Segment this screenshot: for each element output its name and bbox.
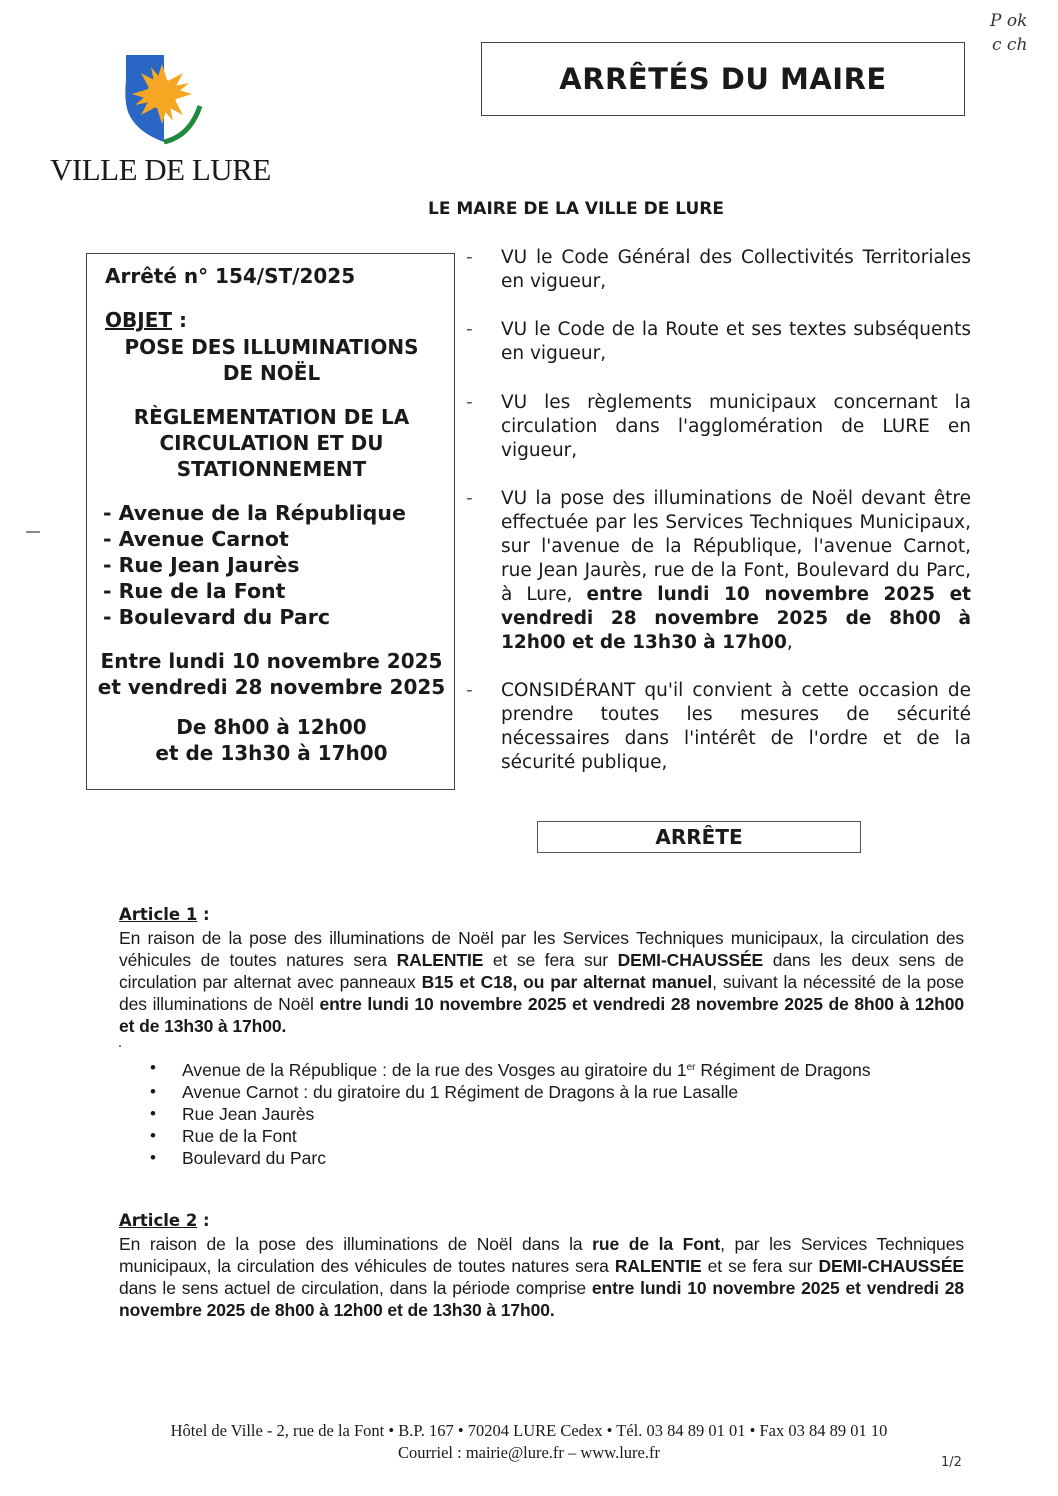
street-list: - Avenue de la République - Avenue Carno… <box>103 500 406 630</box>
consideration-text: VU le Code Général des Collectivités Ter… <box>501 246 971 294</box>
subject-line: POSE DES ILLUMINATIONS <box>87 334 456 360</box>
article-2-title-suffix: : <box>197 1211 209 1230</box>
date-line: Entre lundi 10 novembre 2025 <box>87 648 456 674</box>
location-item: Avenue Carnot : du giratoire du 1 Régime… <box>150 1081 871 1103</box>
consideration-text: VU les règlements municipaux concernant … <box>501 391 971 463</box>
contact-label: Courriel : <box>398 1443 466 1462</box>
text-run: En raison de la pose des illuminations d… <box>119 1234 592 1254</box>
footer-address: Hôtel de Ville - 2, rue de la Font • B.P… <box>0 1421 1058 1441</box>
objet-heading: OBJET : <box>105 308 187 332</box>
city-name: VILLE DE LURE <box>50 152 271 188</box>
street-item: - Avenue Carnot <box>103 526 406 552</box>
dash-marker: - <box>466 391 473 415</box>
consideration-item: - VU les règlements municipaux concernan… <box>466 391 971 463</box>
separator: – <box>564 1443 581 1462</box>
page-title: ARRÊTÉS DU MAIRE <box>559 62 886 96</box>
mayor-line: LE MAIRE DE LA VILLE DE LURE <box>428 199 724 219</box>
hours-range: De 8h00 à 12h00 et de 13h30 à 17h00 <box>87 714 456 766</box>
location-text: Rue de la Font <box>182 1126 297 1146</box>
location-item: Rue Jean Jaurès <box>150 1103 871 1125</box>
location-item: Avenue de la République : de la rue des … <box>150 1057 871 1081</box>
dash-marker: - <box>466 318 473 342</box>
location-text: Avenue de la République : de la rue des … <box>182 1060 687 1080</box>
article-2-title: Article 2 : <box>119 1211 210 1230</box>
article-1-title-text: Article 1 <box>119 905 197 924</box>
article-1-title-suffix: : <box>197 905 209 924</box>
dash-marker: - <box>466 679 473 703</box>
footer-contact: Courriel : mairie@lure.fr – www.lure.fr <box>0 1443 1058 1463</box>
consideration-text: VU la pose des illuminations de Noël dev… <box>501 487 971 655</box>
text-run: et se fera sur <box>702 1256 819 1276</box>
article-1-location-list: Avenue de la République : de la rue des … <box>150 1057 871 1169</box>
article-2-title-text: Article 2 <box>119 1211 197 1230</box>
dash-marker: - <box>466 487 473 511</box>
margin-mark <box>26 531 40 533</box>
consideration-item: - VU la pose des illuminations de Noël d… <box>466 487 971 655</box>
bold-run: B15 et C18, ou par alternat manuel <box>422 972 713 992</box>
bold-run: RALENTIE <box>615 1256 702 1276</box>
location-item: Rue de la Font <box>150 1125 871 1147</box>
consideration-item: - VU le Code Général des Collectivités T… <box>466 246 971 294</box>
street-item: - Rue de la Font <box>103 578 406 604</box>
bold-run: RALENTIE <box>397 950 484 970</box>
bold-run: rue de la Font <box>592 1234 720 1254</box>
date-line: et vendredi 28 novembre 2025 <box>87 674 456 700</box>
regulation-line: STATIONNEMENT <box>87 456 456 482</box>
decree-label: ARRÊTE <box>655 825 742 849</box>
decree-box: ARRÊTE <box>537 821 861 853</box>
consideration-text: VU le Code de la Route et ses textes sub… <box>501 318 971 366</box>
hours-line: et de 13h30 à 17h00 <box>87 740 456 766</box>
shield-sun-icon <box>118 50 208 145</box>
regulation-line: RÈGLEMENTATION DE LA <box>87 404 456 430</box>
article-2-body: En raison de la pose des illuminations d… <box>119 1233 964 1321</box>
ordinal-superscript: er <box>687 1062 696 1073</box>
decree-number: Arrêté n° 154/ST/2025 <box>105 264 355 288</box>
bold-run: DEMI-CHAUSSÉE <box>818 1256 964 1276</box>
street-item: - Rue Jean Jaurès <box>103 552 406 578</box>
header-box: ARRÊTÉS DU MAIRE <box>481 42 965 116</box>
email-link[interactable]: mairie@lure.fr <box>466 1443 564 1462</box>
page-number: 1/2 <box>941 1455 962 1470</box>
handwritten-annotation-line-1: P ok <box>990 10 1027 32</box>
article-1-title: Article 1 : <box>119 905 210 924</box>
regulation-line: CIRCULATION ET DU <box>87 430 456 456</box>
objet-suffix: : <box>172 308 187 332</box>
hours-line: De 8h00 à 12h00 <box>87 714 456 740</box>
location-text: Rue Jean Jaurès <box>182 1104 314 1124</box>
consideration-text: CONSIDÉRANT qu'il convient à cette occas… <box>501 679 971 775</box>
summary-box: Arrêté n° 154/ST/2025 OBJET : POSE DES I… <box>86 253 455 790</box>
objet-label: OBJET <box>105 308 172 332</box>
article-1-body: En raison de la pose des illuminations d… <box>119 927 964 1037</box>
location-text: Boulevard du Parc <box>182 1148 326 1168</box>
handwritten-annotation-line-2: c ch <box>992 34 1027 56</box>
location-text: Régiment de Dragons <box>696 1060 871 1080</box>
dash-marker: - <box>466 246 473 270</box>
subject-line: DE NOËL <box>87 360 456 386</box>
text-run: dans le sens actuel de circulation, dans… <box>119 1278 592 1298</box>
location-text: Avenue Carnot : du giratoire du 1 Régime… <box>182 1082 738 1102</box>
website-link[interactable]: www.lure.fr <box>580 1443 660 1462</box>
text-run: et se fera sur <box>483 950 617 970</box>
consideration-item: - CONSIDÉRANT qu'il convient à cette occ… <box>466 679 971 775</box>
consideration-item: - VU le Code de la Route et ses textes s… <box>466 318 971 366</box>
date-range: Entre lundi 10 novembre 2025 et vendredi… <box>87 648 456 700</box>
stray-mark <box>119 1045 121 1047</box>
consideration-text-tail: , <box>787 632 793 653</box>
street-item: - Avenue de la République <box>103 500 406 526</box>
street-item: - Boulevard du Parc <box>103 604 406 630</box>
bold-run: DEMI-CHAUSSÉE <box>618 950 764 970</box>
location-item: Boulevard du Parc <box>150 1147 871 1169</box>
